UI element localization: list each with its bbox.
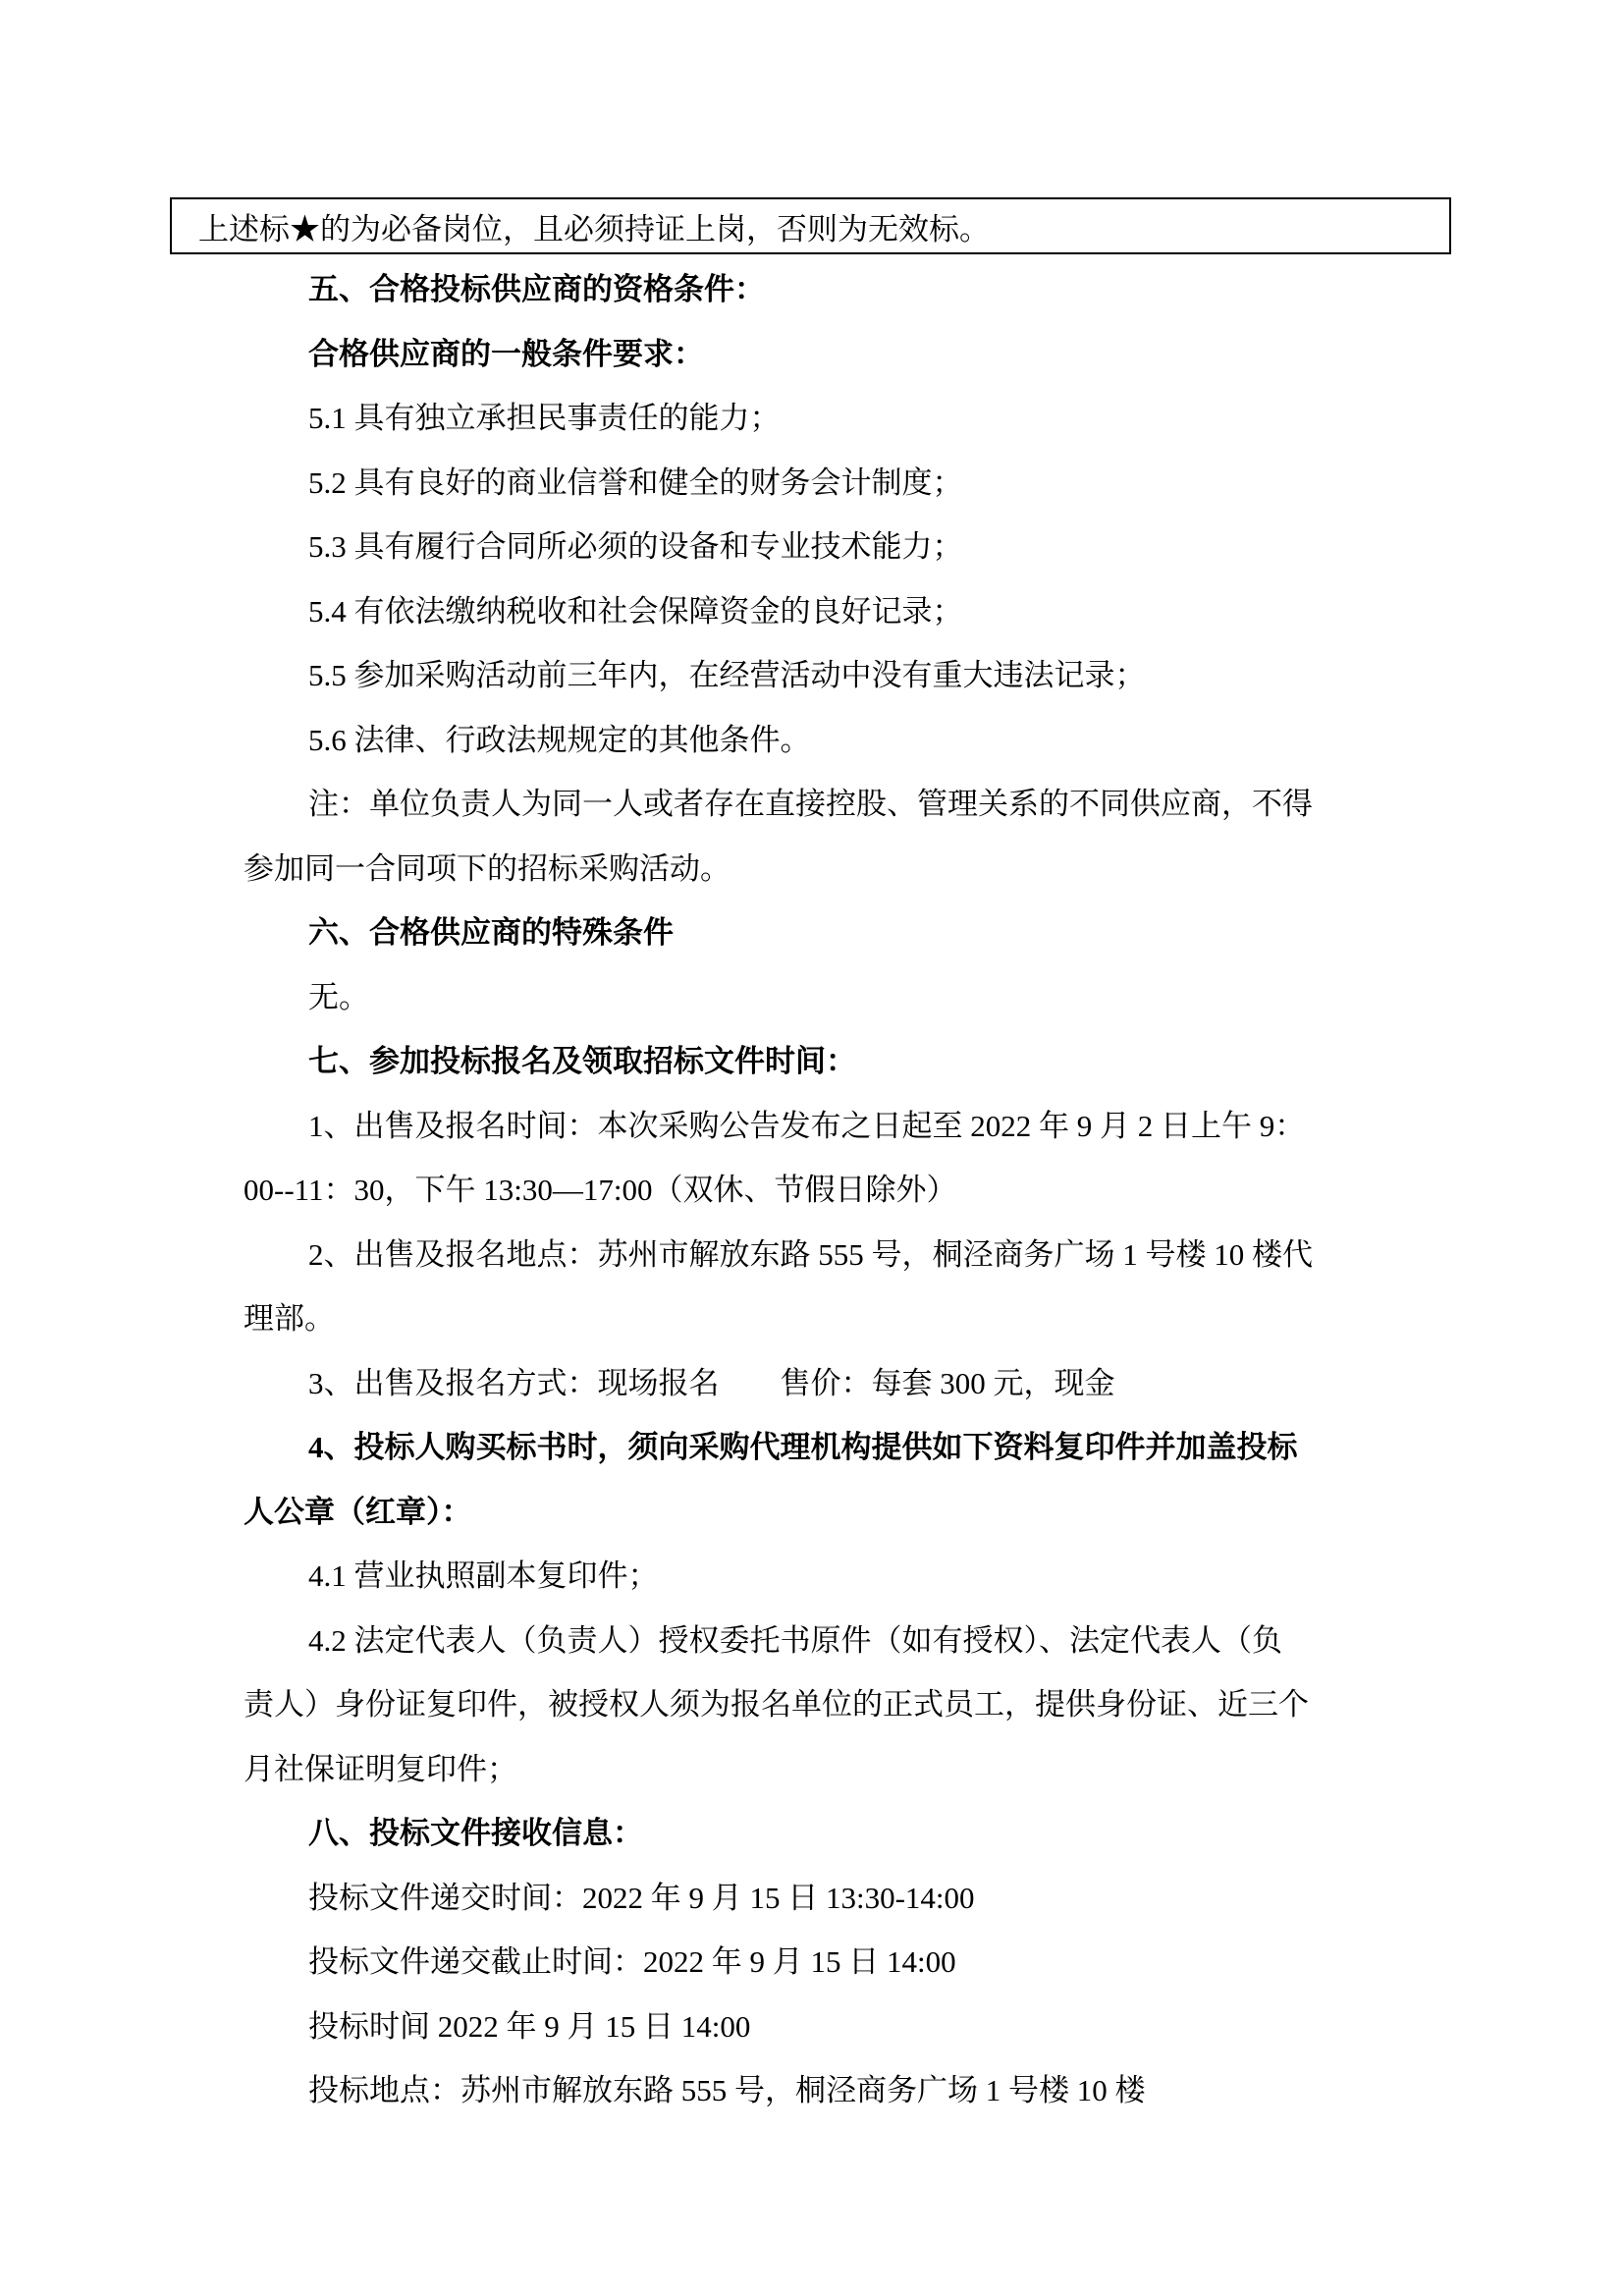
document-line: 4.1 营业执照副本复印件； — [243, 1544, 1392, 1609]
document-line: 投标地点：苏州市解放东路 555 号，桐泾商务广场 1 号楼 10 楼 — [243, 2058, 1392, 2123]
document-line: 4.2 法定代表人（负责人）授权委托书原件（如有授权）、法定代表人（负 — [243, 1609, 1392, 1673]
document-line: 00--11：30，下午 13:30—17:00（双休、节假日除外） — [243, 1158, 1392, 1223]
document-line: 七、参加投标报名及领取招标文件时间： — [243, 1029, 1392, 1094]
document-line: 月社保证明复印件； — [243, 1737, 1392, 1802]
document-line: 注：单位负责人为同一人或者存在直接控股、管理关系的不同供应商，不得 — [243, 772, 1392, 837]
document-line: 1、出售及报名时间：本次采购公告发布之日起至 2022 年 9 月 2 日上午 … — [243, 1094, 1392, 1159]
document-line: 投标时间 2022 年 9 月 15 日 14:00 — [243, 1995, 1392, 2059]
document-line: 参加同一合同项下的招标采购活动。 — [243, 837, 1392, 902]
document-line: 5.3 具有履行合同所必须的设备和专业技术能力； — [243, 515, 1392, 579]
document-line: 八、投标文件接收信息： — [243, 1801, 1392, 1866]
document-line: 2、出售及报名地点：苏州市解放东路 555 号，桐泾商务广场 1 号楼 10 楼… — [243, 1223, 1392, 1287]
notice-box: 上述标★的为必备岗位，且必须持证上岗，否则为无效标。 — [170, 197, 1451, 254]
document-lines: 五、合格投标供应商的资格条件：合格供应商的一般条件要求：5.1 具有独立承担民事… — [243, 257, 1392, 2123]
document-line: 5.5 参加采购活动前三年内，在经营活动中没有重大违法记录； — [243, 643, 1392, 708]
document-line: 投标文件递交截止时间：2022 年 9 月 15 日 14:00 — [243, 1930, 1392, 1995]
document-line: 合格供应商的一般条件要求： — [243, 322, 1392, 387]
document-line: 责人）身份证复印件，被授权人须为报名单位的正式员工，提供身份证、近三个 — [243, 1672, 1392, 1737]
document-line: 5.1 具有独立承担民事责任的能力； — [243, 386, 1392, 451]
document-line: 3、出售及报名方式：现场报名 售价：每套 300 元，现金 — [243, 1351, 1392, 1416]
document-line: 5.6 法律、行政法规规定的其他条件。 — [243, 708, 1392, 773]
document-line: 六、合格供应商的特殊条件 — [243, 901, 1392, 965]
document-line: 5.2 具有良好的商业信誉和健全的财务会计制度； — [243, 451, 1392, 516]
notice-text: 上述标★的为必备岗位，且必须持证上岗，否则为无效标。 — [198, 204, 990, 248]
document-line: 理部。 — [243, 1286, 1392, 1351]
document-line: 投标文件递交时间：2022 年 9 月 15 日 13:30-14:00 — [243, 1866, 1392, 1931]
document-line: 人公章（红章）： — [243, 1480, 1392, 1545]
document-line: 5.4 有依法缴纳税收和社会保障资金的良好记录； — [243, 579, 1392, 644]
document-page: 上述标★的为必备岗位，且必须持证上岗，否则为无效标。 五、合格投标供应商的资格条… — [0, 0, 1623, 2296]
document-line: 五、合格投标供应商的资格条件： — [243, 257, 1392, 322]
document-line: 无。 — [243, 965, 1392, 1030]
document-line: 4、投标人购买标书时，须向采购代理机构提供如下资料复印件并加盖投标 — [243, 1415, 1392, 1480]
